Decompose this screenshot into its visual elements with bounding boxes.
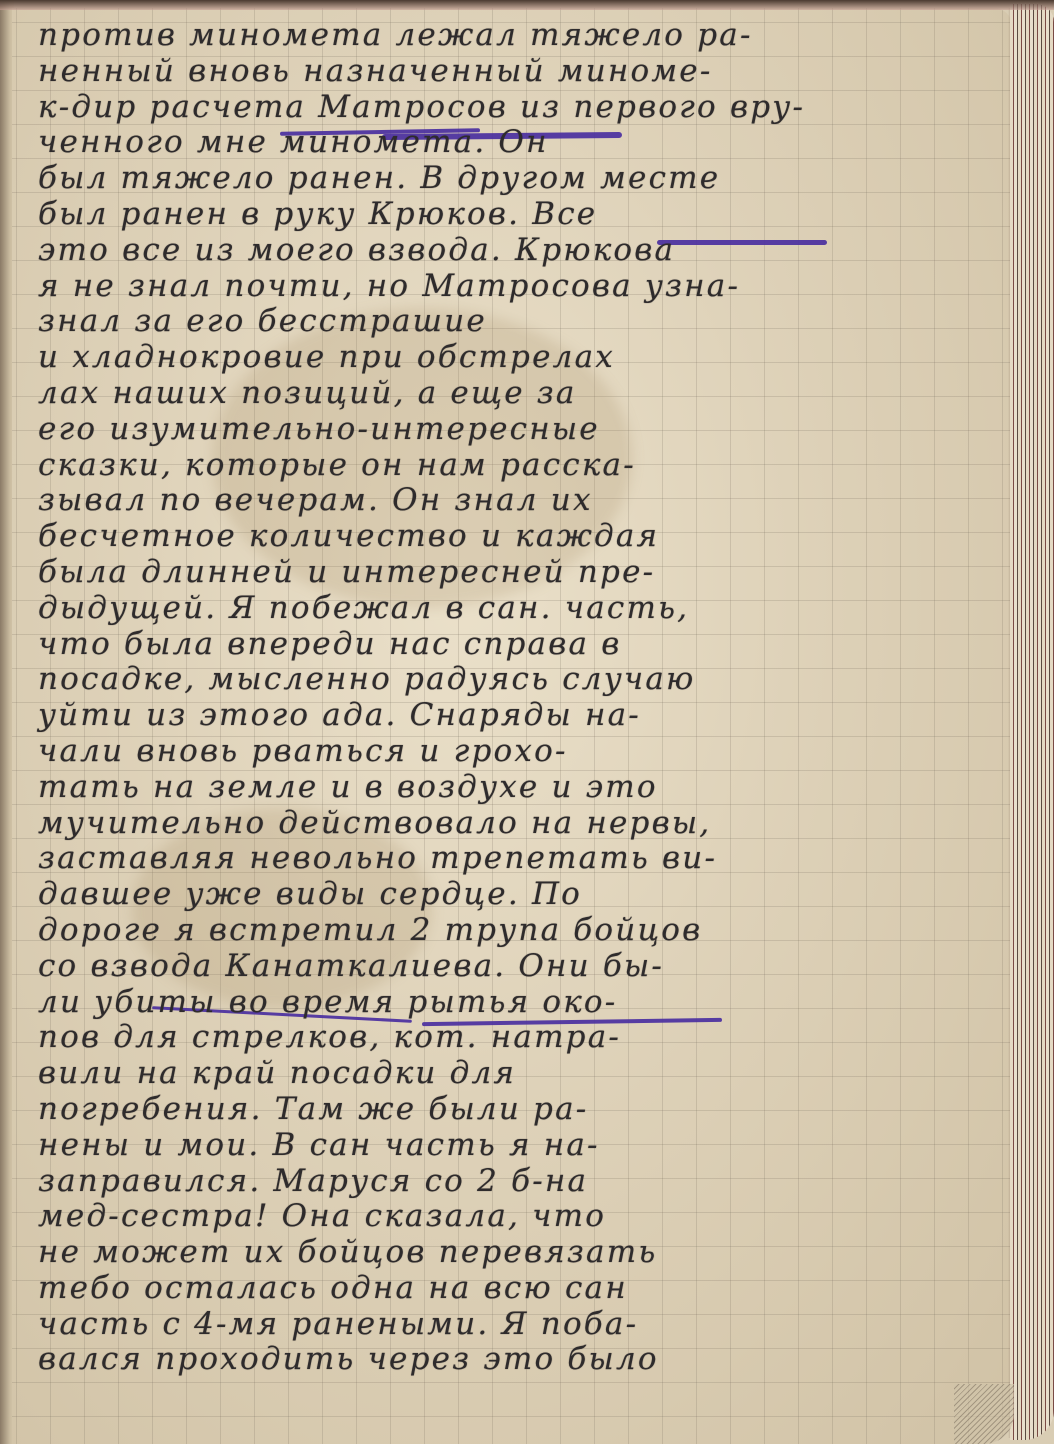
text-line: не может их бойцов перевязать <box>38 1235 1012 1271</box>
text-line: сказки, которые он нам расска- <box>38 448 1012 484</box>
text-line: его изумительно-интересные <box>38 412 1012 448</box>
text-line: мед-сестра! Она сказала, что <box>38 1199 1012 1235</box>
text-line: посадке, мысленно радуясь случаю <box>38 662 1012 698</box>
text-line: мучительно действовало на нервы, <box>38 806 1012 842</box>
text-line: чали вновь рваться и грохо- <box>38 734 1012 770</box>
text-line: был ранен в руку Крюков. Все <box>38 197 1012 233</box>
text-line: ненный вновь назначенный миноме- <box>38 54 1012 90</box>
text-line: ли убиты во время рытья око- <box>38 985 1012 1021</box>
text-line: я не знал почти, но Матросова узна- <box>38 269 1012 305</box>
text-line: нены и мои. В сан часть я на- <box>38 1128 1012 1164</box>
text-line: пов для стрелков, кот. натра- <box>38 1020 1012 1056</box>
text-line: была длинней и интересней пре- <box>38 555 1012 591</box>
text-line: против миномета лежал тяжело ра- <box>38 18 1012 54</box>
notebook-page-photo: против миномета лежал тяжело ра- ненный … <box>0 0 1054 1444</box>
text-line: часть с 4-мя ранеными. Я поба- <box>38 1307 1012 1343</box>
page-stack-edge <box>1010 4 1054 1440</box>
text-line: ченного мне миномета. Он <box>38 125 1012 161</box>
text-line: дороге я встретил 2 трупа бойцов <box>38 913 1012 949</box>
text-line: погребения. Там же были ра- <box>38 1092 1012 1128</box>
top-edge-shadow <box>0 0 1054 10</box>
text-line: уйти из этого ада. Снаряды на- <box>38 698 1012 734</box>
text-line: заставляя невольно трепетать ви- <box>38 841 1012 877</box>
text-line: что была впереди нас справа в <box>38 627 1012 663</box>
text-line: лах наших позиций, а еще за <box>38 376 1012 412</box>
text-line: заправился. Маруся со 2 б-на <box>38 1164 1012 1200</box>
text-line: дыдущей. Я побежал в сан. часть, <box>38 591 1012 627</box>
text-line: это все из моего взвода. Крюкова <box>38 233 1012 269</box>
handwritten-text: против миномета лежал тяжело ра- ненный … <box>38 18 1012 1378</box>
text-line: и хладнокровие при обстрелах <box>38 340 1012 376</box>
text-line: вили на край посадки для <box>38 1056 1012 1092</box>
text-line: бесчетное количество и каждая <box>38 519 1012 555</box>
text-line: знал за его бесстрашие <box>38 304 1012 340</box>
text-line: со взвода Канаткалиева. Они бы- <box>38 949 1012 985</box>
text-line: вался проходить через это было <box>38 1342 1012 1378</box>
text-line: тебо осталась одна на всю сан <box>38 1271 1012 1307</box>
text-line: зывал по вечерам. Он знал их <box>38 483 1012 519</box>
text-line: тать на земле и в воздухе и это <box>38 770 1012 806</box>
notebook-paper: против миномета лежал тяжело ра- ненный … <box>12 8 1012 1444</box>
page-corner-curl <box>954 1384 1014 1444</box>
text-line: к-дир расчета Матросов из первого вру- <box>38 90 1012 126</box>
text-line: был тяжело ранен. В другом месте <box>38 161 1012 197</box>
text-line: давшее уже виды сердце. По <box>38 877 1012 913</box>
